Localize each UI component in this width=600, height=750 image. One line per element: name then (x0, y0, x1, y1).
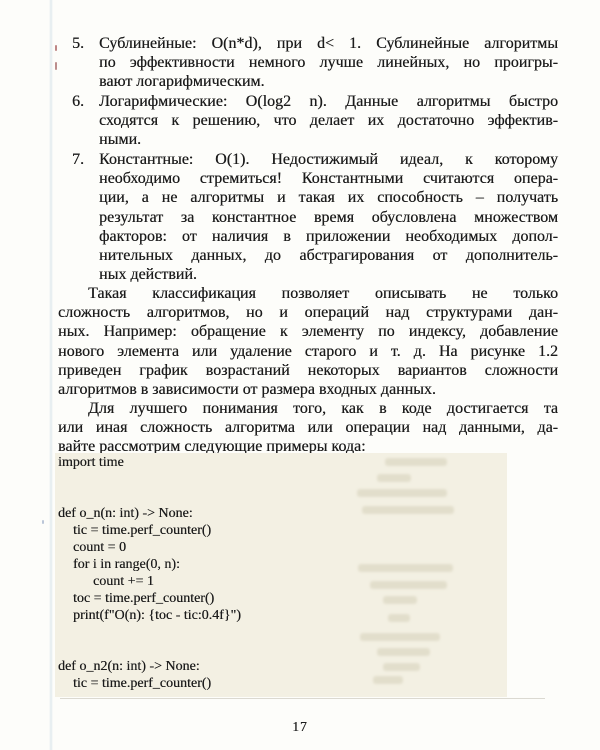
text-line: Для лучшего понимания того, как в коде д… (58, 399, 558, 418)
text-line: алгоритмов в зависимости от размера вход… (58, 380, 558, 399)
bleed-through-artifact (373, 676, 403, 684)
text-line: ными. (99, 130, 558, 149)
page-number: 17 (0, 719, 600, 735)
code-line: tic = time.perf_counter() (73, 522, 211, 539)
bleed-through-artifact (385, 458, 447, 466)
scan-gutter-shadow (49, 0, 53, 750)
bleed-through-artifact (383, 663, 420, 671)
code-line: count = 0 (73, 539, 126, 556)
bleed-through-artifact (383, 596, 417, 604)
scan-artifact-speck (42, 520, 44, 524)
list-item-7: 7. Константные: O(1). Недостижимый идеал… (58, 150, 558, 284)
text-line: сходятся к решению, что делает их достат… (99, 111, 558, 130)
text-line: ных. Например: обращение к элементу по и… (58, 322, 558, 341)
bleed-through-artifact (360, 633, 440, 641)
text-line: Сублинейные: O(n*d), при d< 1. Сублинейн… (99, 34, 558, 53)
text-line: результат за константное время обусловле… (99, 208, 558, 227)
bleed-through-artifact (362, 506, 454, 514)
list-item-number: 5. (72, 34, 84, 53)
text-line: Логарифмические: O(log2 n). Данные алгор… (99, 92, 558, 111)
list-item-5: 5. Сублинейные: O(n*d), при d< 1. Сублин… (58, 34, 558, 92)
bleed-through-artifact (377, 648, 430, 656)
text-line: вают логарифмическим. (99, 72, 558, 91)
paragraph-classification: Такая классификация позволяет описывать … (58, 284, 558, 399)
code-line: def o_n(n: int) -> None: (58, 505, 193, 522)
text-line: ции, а не алгоритмы и такая их способнос… (99, 188, 558, 207)
scanned-book-page: 5. Сублинейные: O(n*d), при d< 1. Сублин… (0, 0, 600, 750)
paragraph-code-intro: Для лучшего понимания того, как в коде д… (58, 399, 558, 457)
bleed-through-artifact (370, 581, 447, 589)
text-line: Константные: O(1). Недостижимый идеал, к… (99, 150, 558, 169)
text-line: нительных данных, до абстрагирования от … (99, 246, 558, 265)
list-item-number: 6. (72, 92, 84, 111)
text-line: необходимо стремиться! Константными счит… (99, 169, 558, 188)
text-line: Такая классификация позволяет описывать … (58, 284, 558, 303)
text-line: факторов: от наличия в приложении необхо… (99, 227, 558, 246)
text-line: ных действий. (99, 265, 558, 284)
list-item-6: 6. Логарифмические: O(log2 n). Данные ал… (58, 92, 558, 150)
code-line: def o_n2(n: int) -> None: (58, 658, 200, 675)
text-line: сложность алгоритмов, но и операций над … (58, 303, 558, 322)
bleed-through-artifact (377, 474, 411, 482)
footer-divider-shadow (60, 698, 545, 699)
code-line: print(f"O(n): {toc - tic:0.4f}") (73, 607, 241, 624)
code-line: count += 1 (93, 573, 154, 590)
code-line: for i in range(0, n): (73, 556, 180, 573)
text-line: по эффективности немного лучше линейных,… (99, 53, 558, 72)
scan-artifact-speck (55, 45, 57, 51)
code-line: toc = time.perf_counter() (73, 590, 214, 607)
code-line: import time (58, 454, 124, 471)
list-item-number: 7. (72, 150, 84, 169)
scan-artifact-speck (55, 62, 57, 70)
text-line: приведен график возрастаний некоторых ва… (58, 361, 558, 380)
bleed-through-artifact (388, 614, 410, 622)
text-line: или иная сложность алгоритма или операци… (58, 418, 558, 437)
bleed-through-artifact (357, 489, 447, 497)
text-line: нового элемента или удаление старого и т… (58, 342, 558, 361)
code-line: tic = time.perf_counter() (73, 675, 211, 692)
bleed-through-artifact (358, 564, 453, 572)
